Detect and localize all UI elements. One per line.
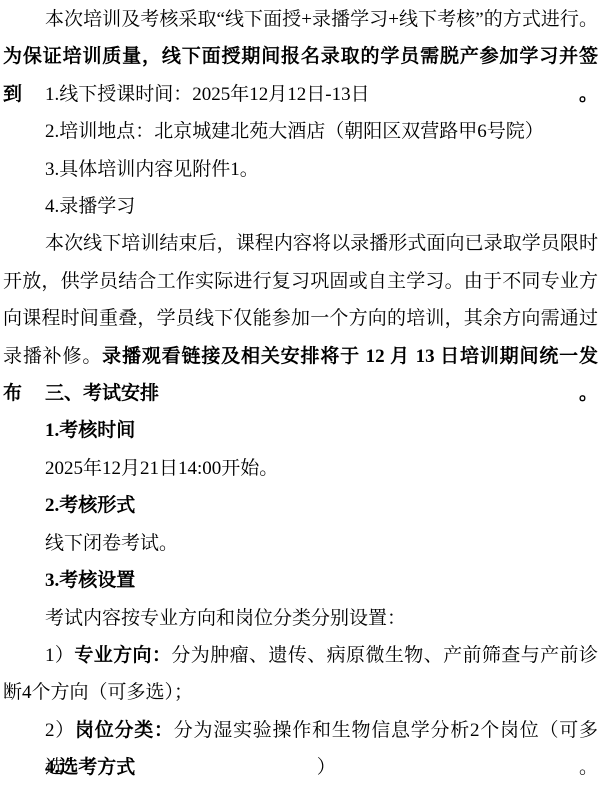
text-line: 本次线下培训结束后，课程内容将以录播形式面向已录取学员限时 (3, 225, 598, 262)
text-line: 开放，供学员结合工作实际进行复习巩固或自主学习。由于不同专业方 (3, 263, 598, 300)
text-run: 分为肿瘤、遗传、病原微生物、产前筛查与产前诊 (171, 645, 598, 666)
text-run: 专业方向： (74, 645, 171, 666)
text-line: 录播补修。录播观看链接及相关安排将于 12 月 13 日培训期间统一发布。 (3, 338, 598, 375)
text-line: 2.培训地点：北京城建北苑大酒店（朝阳区双营路甲6号院） (3, 113, 598, 150)
text-run: 向课程时间重叠，学员线下仅能参加一个方向的培训，其余方向需通过 (3, 308, 598, 329)
text-line: 断4个方向（可多选）； (3, 674, 598, 711)
text-line: 3.考核设置 (3, 562, 598, 599)
text-run: 考试内容按专业方向和岗位分类分别设置： (45, 608, 406, 629)
text-run: 2.考核形式 (45, 495, 135, 516)
text-run: 1.线下授课时间：2025年12月12日-13日 (45, 84, 370, 105)
document-page: 本次培训及考核采取“线下面授+录播学习+线下考核”的方式进行。为保证培训质量，线… (0, 0, 600, 786)
text-line: 本次培训及考核采取“线下面授+录播学习+线下考核”的方式进行。 (3, 1, 598, 38)
text-run: 三、考试安排 (45, 383, 159, 404)
text-run: 1） (45, 645, 74, 666)
text-line: 2）岗位分类：分为湿实验操作和生物信息学分析2个岗位（可多选）。 (3, 712, 598, 749)
text-run: 3.具体培训内容见附件1。 (45, 159, 259, 180)
text-run: 开放，供学员结合工作实际进行复习巩固或自主学习。由于不同专业方 (3, 271, 598, 292)
text-line: 线下闭卷考试。 (3, 525, 598, 562)
text-run: 2.培训地点：北京城建北苑大酒店（朝阳区双营路甲6号院） (45, 121, 544, 142)
text-run: 4.录播学习 (45, 196, 135, 217)
text-run: 录播补修。 (3, 346, 102, 367)
text-line: 考试内容按专业方向和岗位分类分别设置： (3, 600, 598, 637)
text-line: 2025年12月21日14:00开始。 (3, 450, 598, 487)
text-run: 线下闭卷考试。 (45, 533, 178, 554)
text-line: 4.录播学习 (3, 188, 598, 225)
text-run: 本次线下培训结束后，课程内容将以录播形式面向已录取学员限时 (45, 233, 598, 254)
text-run: 1.考核时间 (45, 420, 135, 441)
text-run: 3.考核设置 (45, 570, 135, 591)
text-run: 2025年12月21日14:00开始。 (45, 458, 278, 479)
text-run: 岗位分类： (75, 720, 174, 741)
text-line: 3.具体培训内容见附件1。 (3, 151, 598, 188)
text-line: 1）专业方向：分为肿瘤、遗传、病原微生物、产前筛查与产前诊 (3, 637, 598, 674)
text-line: 向课程时间重叠，学员线下仅能参加一个方向的培训，其余方向需通过 (3, 300, 598, 337)
text-run: 断4个方向（可多选）； (3, 682, 193, 703)
text-run: 本次培训及考核采取“线下面授+录播学习+线下考核”的方式进行。 (45, 9, 598, 30)
text-line: 1.考核时间 (3, 412, 598, 449)
text-run: 4.选考方式 (45, 757, 135, 778)
text-line: 2.考核形式 (3, 487, 598, 524)
text-run: 2） (45, 720, 75, 741)
text-line: 为保证培训质量，线下面授期间报名录取的学员需脱产参加学习并签到。 (3, 38, 598, 75)
